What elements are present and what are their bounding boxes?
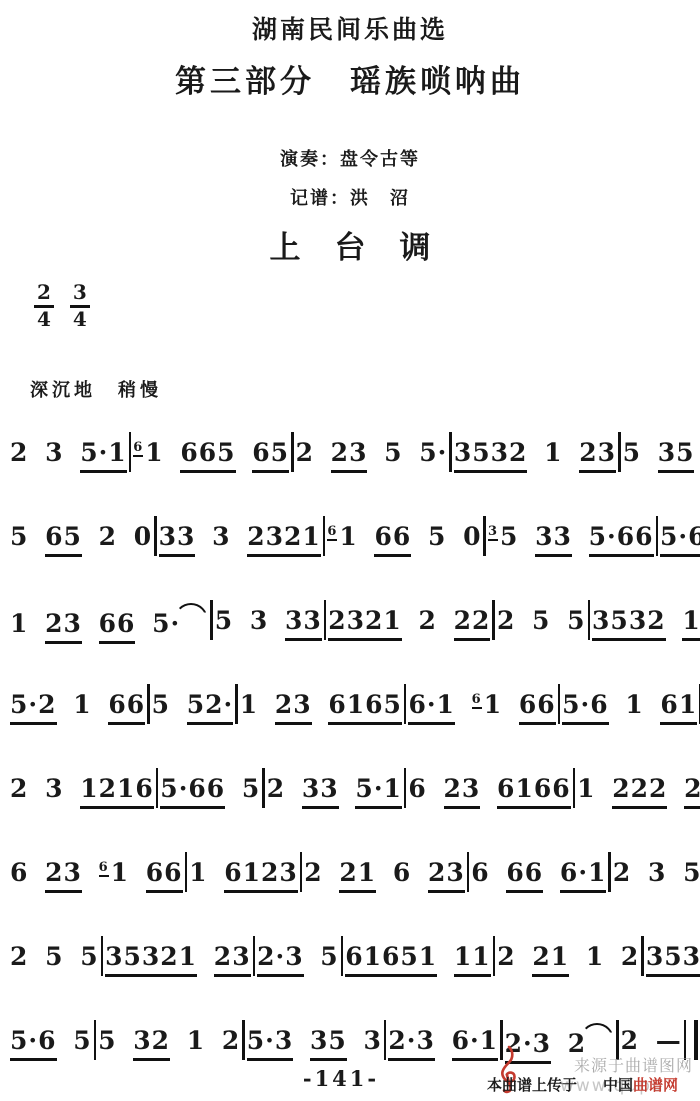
- measure: 5·6 1 61: [560, 690, 699, 719]
- measure: 2 5 5: [495, 606, 588, 635]
- measure: 5·665 32: [658, 522, 700, 551]
- measure: 6·1 61 66: [406, 690, 557, 719]
- beamed-notes: 23: [214, 942, 251, 977]
- measure: 1 23 66 5·: [8, 603, 210, 638]
- measure: 2 21 6 23: [302, 858, 467, 887]
- watermark-site: 中国曲谱网: [603, 1074, 678, 1095]
- measure: 6 23 6166: [406, 774, 572, 803]
- watermark-upload-text: 本曲谱上传于: [487, 1074, 577, 1095]
- score-line: 2 3 5·161 665 652 23 5 5·3532 1 235 35 2…: [8, 410, 692, 494]
- beamed-notes: 52·: [187, 690, 234, 725]
- score-line: 2 3 12165·66 52 33 5·16 23 61661 222 21: [8, 746, 692, 830]
- beamed-notes: 6166: [497, 774, 571, 809]
- measure: 5 32 1 2: [96, 1026, 242, 1055]
- beamed-notes: 66: [108, 690, 145, 725]
- beamed-notes: 2·3: [257, 942, 304, 977]
- beamed-notes: 35: [658, 438, 695, 473]
- measure: 35 33 5·66: [486, 522, 656, 551]
- measure: 2 23 5 5·: [294, 438, 450, 467]
- score-line: 5 65 2 033 3 232161 66 5 035 33 5·665·66…: [8, 494, 692, 578]
- beamed-notes: 6·1: [452, 1026, 499, 1061]
- measure: 61651 11: [343, 942, 493, 971]
- meter-numerator: 3: [70, 282, 90, 308]
- measure: 2 —: [619, 1026, 684, 1055]
- meter-numerator: 2: [34, 282, 54, 308]
- measure: 2·3 6·1: [386, 1026, 500, 1055]
- measure: 2 3 1216: [8, 774, 156, 803]
- beamed-notes: 5·1: [80, 438, 127, 473]
- beamed-notes: 33: [285, 606, 322, 641]
- beamed-notes: 61: [660, 690, 697, 725]
- measure: 2 21 1 2: [495, 942, 641, 971]
- measure: 5·6 5: [8, 1026, 94, 1055]
- beamed-notes: 2·3: [388, 1026, 435, 1061]
- measure: 2 5 5: [8, 942, 101, 971]
- beamed-notes: 23: [45, 858, 82, 893]
- beamed-notes: 5·6: [10, 1026, 57, 1061]
- tune-title: 上台调: [0, 222, 700, 267]
- tie-arc: [174, 603, 208, 620]
- beamed-notes: 6123: [224, 858, 298, 893]
- beamed-notes: 5·665: [660, 522, 700, 557]
- beamed-notes: 21: [339, 858, 376, 893]
- beamed-notes: 66: [146, 858, 183, 893]
- beamed-notes: 61651: [345, 942, 437, 977]
- score-line: 6 23 61 661 61232 21 6 236 66 6·12 3 5: [8, 830, 692, 914]
- beamed-notes: 66: [519, 690, 556, 725]
- beamed-notes: 23: [579, 438, 616, 473]
- beamed-notes: 65: [252, 438, 289, 473]
- time-signature-3-4: 3 4: [70, 282, 90, 330]
- beamed-notes: 3533: [646, 942, 700, 977]
- score-line: 2 5 535321 232·3 561651 112 21 1 23533 2…: [8, 914, 692, 998]
- beamed-notes: 5·2: [10, 690, 57, 725]
- grace-note: 6: [472, 692, 482, 709]
- measure: 2·3 5: [255, 942, 341, 971]
- beamed-notes: 66: [374, 522, 411, 557]
- measure: 61 66 5 0: [325, 522, 483, 551]
- beamed-notes: 5·1: [355, 774, 402, 809]
- measure: 35321 23: [103, 942, 253, 971]
- measure: 6 66 6·1: [469, 858, 608, 887]
- measure: 5·66 5: [158, 774, 262, 803]
- beamed-notes: 33: [302, 774, 339, 809]
- beamed-notes: 33: [159, 522, 196, 557]
- measure: 3533 2·3: [644, 942, 700, 971]
- measure: 2 3 5·1: [8, 438, 129, 467]
- measure: 3532 1216: [590, 606, 700, 635]
- tie-arc: [580, 1023, 614, 1040]
- measure: 1 222 21: [575, 774, 700, 803]
- measure: 1 6123: [187, 858, 300, 887]
- section-title: 第三部分 瑶族唢呐曲: [0, 56, 700, 101]
- grace-note: 6: [99, 860, 109, 877]
- grace-note: 6: [327, 524, 337, 541]
- grace-note: 3: [488, 524, 498, 541]
- beamed-notes: 65: [45, 522, 82, 557]
- beamed-notes: 3532: [592, 606, 666, 641]
- beamed-notes: 6165: [328, 690, 402, 725]
- transcriber-credit: 记谱：洪 沼: [0, 184, 700, 210]
- measure: 5·2 1 66: [8, 690, 147, 719]
- beamed-notes: 22: [454, 606, 491, 641]
- beamed-notes: 5·6: [562, 690, 609, 725]
- beamed-notes: 3532: [454, 438, 528, 473]
- grace-note: 6: [133, 440, 143, 457]
- beamed-notes: 23: [275, 690, 312, 725]
- beamed-notes: 2321: [328, 606, 402, 641]
- measure: 5 65 2 0: [8, 522, 154, 551]
- watermark-upload-row: 本曲谱上传于 中国曲谱网: [487, 1074, 678, 1095]
- meter-denominator: 4: [34, 308, 54, 330]
- beamed-notes: 6·1: [408, 690, 455, 725]
- beamed-notes: 6·1: [560, 858, 607, 893]
- beamed-notes: 33: [535, 522, 572, 557]
- time-signatures: 2 4 3 4: [34, 282, 90, 330]
- beamed-notes: 23: [428, 858, 465, 893]
- performer-credit: 演奏：盘令古等: [0, 145, 700, 171]
- measure: 33 3 2321: [157, 522, 323, 551]
- tempo-marking: 深沉地 稍慢: [30, 376, 162, 402]
- measure: 1 23 6165: [238, 690, 404, 719]
- watermark-source: 来源于曲谱图网: [574, 1053, 693, 1076]
- series-title: 湖南民间乐曲选: [0, 10, 700, 46]
- meter-denominator: 4: [70, 308, 90, 330]
- measure: 2321 2 22: [326, 606, 492, 635]
- score-line: 1 23 66 5·5 3 332321 2 222 5 53532 1216: [8, 578, 692, 662]
- measure: 5 35 2·3: [621, 438, 700, 467]
- beamed-notes: 66: [99, 609, 136, 644]
- watermark-site-red: 曲谱网: [633, 1076, 678, 1094]
- beamed-notes: 2321: [247, 522, 321, 557]
- beamed-notes: 665: [180, 438, 235, 473]
- beamed-notes: 5·66: [589, 522, 654, 557]
- measure: 5 52·: [150, 690, 236, 719]
- measure: 2 33 5·1: [265, 774, 404, 803]
- beamed-notes: 23: [444, 774, 481, 809]
- beamed-notes: 5·66: [160, 774, 225, 809]
- beamed-notes: 66: [506, 858, 543, 893]
- score-line: 5·2 1 665 52·1 23 61656·1 61 665·6 1 61: [8, 662, 692, 746]
- beamed-notes: 1216: [80, 774, 154, 809]
- beamed-notes: 35: [310, 1026, 347, 1061]
- measure: 6 23 61 66: [8, 858, 185, 887]
- beamed-notes: 23: [45, 609, 82, 644]
- measure: 61 665 65: [131, 438, 291, 467]
- beamed-notes: 11: [454, 942, 491, 977]
- beamed-notes: 32: [133, 1026, 170, 1061]
- measure: 5·3 35 3: [245, 1026, 384, 1055]
- beamed-notes: 1216: [682, 606, 700, 641]
- measure: 5 3 33: [213, 606, 324, 635]
- watermark-site-black: 中国: [603, 1076, 633, 1094]
- beamed-notes: 222: [612, 774, 667, 809]
- beamed-notes: 5·3: [247, 1026, 294, 1061]
- score: 2 3 5·161 665 652 23 5 5·3532 1 235 35 2…: [8, 410, 692, 1082]
- time-signature-2-4: 2 4: [34, 282, 54, 330]
- measure: 3532 1 23: [452, 438, 618, 467]
- beamed-notes: 21: [684, 774, 700, 809]
- beamed-notes: 23: [331, 438, 368, 473]
- beamed-notes: 21: [532, 942, 569, 977]
- beamed-notes: 35321: [105, 942, 197, 977]
- measure: 2 3 5: [611, 858, 700, 887]
